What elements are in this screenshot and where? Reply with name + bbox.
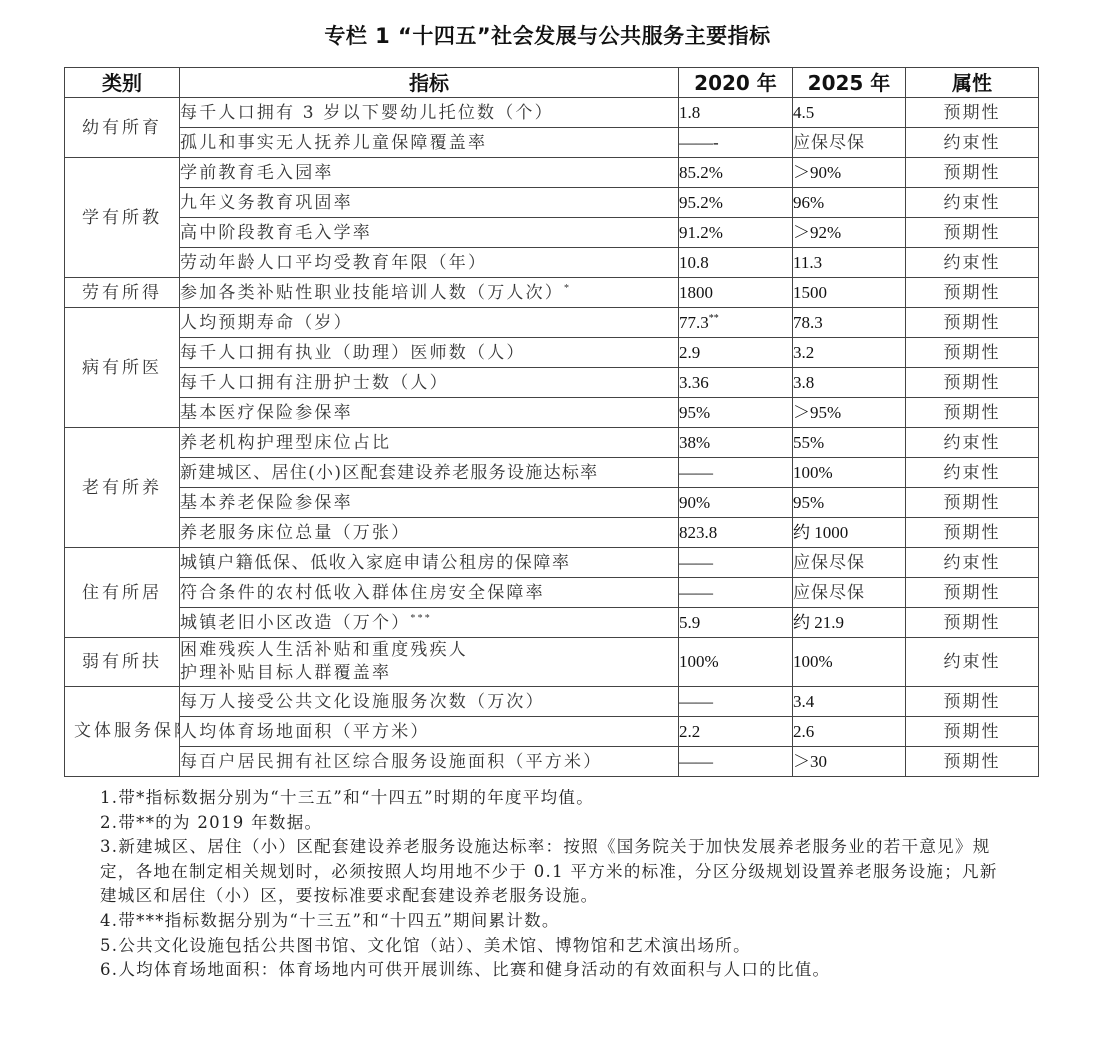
attribute-cell: 预期性 [906,158,1039,188]
value-2020-cell: —— [679,548,793,578]
attribute-cell: 预期性 [906,98,1039,128]
value-2025-cell: 100% [793,638,906,687]
indicators-table: 类别 指标 2020 年 2025 年 属性 幼有所育 每千人口拥有 3 岁以下… [64,67,1039,777]
category-cell: 劳有所得 [65,278,180,308]
attribute-cell: 预期性 [906,747,1039,777]
footnote-1: 1.带*指标数据分别为“十三五”和“十四五”时期的年度平均值。 [100,786,1010,811]
indicator-cell: 城镇户籍低保、低收入家庭申请公租房的保障率 [180,548,679,578]
attribute-cell: 预期性 [906,717,1039,747]
attribute-cell: 预期性 [906,278,1039,308]
indicator-line-2: 护理补贴目标人群覆盖率 [180,662,678,685]
indicator-cell: 学前教育毛入园率 [180,158,679,188]
value-2025-cell: 100% [793,458,906,488]
indicator-cell: 基本医疗保险参保率 [180,398,679,428]
attribute-cell: 预期性 [906,488,1039,518]
footnote-2: 2.带**的为 2019 年数据。 [100,811,1010,836]
footnote-mark: * [564,283,571,294]
attribute-cell: 约束性 [906,428,1039,458]
table-row: 每千人口拥有注册护士数（人） 3.36 3.8 预期性 [65,368,1039,398]
table-row: 基本医疗保险参保率 95% ＞95% 预期性 [65,398,1039,428]
indicator-cell: 每千人口拥有注册护士数（人） [180,368,679,398]
value-2025-cell: 78.3 [793,308,906,338]
table-row: 文体服务保障 每万人接受公共文化设施服务次数（万次） —— 3.4 预期性 [65,687,1039,717]
value-text: 77.3 [679,313,709,332]
value-2025-cell: ＞92% [793,218,906,248]
value-2020-cell: —— [679,747,793,777]
indicator-cell: 人均体育场地面积（平方米） [180,717,679,747]
attribute-cell: 预期性 [906,338,1039,368]
table-row: 每百户居民拥有社区综合服务设施面积（平方米） —— ＞30 预期性 [65,747,1039,777]
value-2025-cell: 3.2 [793,338,906,368]
value-2020-cell: —— [679,578,793,608]
attribute-cell: 约束性 [906,248,1039,278]
table-row: 劳动年龄人口平均受教育年限（年） 10.8 11.3 约束性 [65,248,1039,278]
table-row: 人均体育场地面积（平方米） 2.2 2.6 预期性 [65,717,1039,747]
value-2020-cell: 5.9 [679,608,793,638]
value-2020-cell: 90% [679,488,793,518]
value-2025-cell: 3.4 [793,687,906,717]
indicator-text: 参加各类补贴性职业技能培训人数（万人次） [180,283,564,303]
category-cell: 老有所养 [65,428,180,548]
table-row: 养老服务床位总量（万张） 823.8 约 1000 预期性 [65,518,1039,548]
value-2020-cell: 1800 [679,278,793,308]
value-2020-cell: 91.2% [679,218,793,248]
footnote-4: 4.带***指标数据分别为“十三五”和“十四五”期间累计数。 [100,909,1010,934]
value-2025-cell: ＞90% [793,158,906,188]
indicator-cell: 城镇老旧小区改造（万个）*** [180,608,679,638]
footnotes: 1.带*指标数据分别为“十三五”和“十四五”时期的年度平均值。 2.带**的为 … [100,786,1010,983]
table-row: 老有所养 养老机构护理型床位占比 38% 55% 约束性 [65,428,1039,458]
attribute-cell: 约束性 [906,458,1039,488]
header-2020: 2020 年 [679,68,793,98]
footnote-mark: ** [709,313,719,324]
value-2025-cell: 4.5 [793,98,906,128]
indicator-cell: 每百户居民拥有社区综合服务设施面积（平方米） [180,747,679,777]
category-cell: 文体服务保障 [65,687,180,777]
attribute-cell: 约束性 [906,188,1039,218]
value-2025-cell: 96% [793,188,906,218]
indicator-text: 城镇老旧小区改造（万个） [180,613,410,633]
attribute-cell: 预期性 [906,578,1039,608]
table-row: 基本养老保险参保率 90% 95% 预期性 [65,488,1039,518]
indicator-cell: 新建城区、居住(小)区配套建设养老服务设施达标率 [180,458,679,488]
indicator-cell: 困难残疾人生活补贴和重度残疾人 护理补贴目标人群覆盖率 [180,638,679,687]
table-row: 城镇老旧小区改造（万个）*** 5.9 约 21.9 预期性 [65,608,1039,638]
attribute-cell: 预期性 [906,308,1039,338]
value-2025-cell: 95% [793,488,906,518]
indicator-cell: 基本养老保险参保率 [180,488,679,518]
header-attribute: 属性 [906,68,1039,98]
value-2025-cell: 应保尽保 [793,578,906,608]
category-cell: 幼有所育 [65,98,180,158]
value-2025-cell: 2.6 [793,717,906,747]
value-2020-cell: 1.8 [679,98,793,128]
indicator-cell: 人均预期寿命（岁） [180,308,679,338]
table-row: 幼有所育 每千人口拥有 3 岁以下婴幼儿托位数（个） 1.8 4.5 预期性 [65,98,1039,128]
indicator-cell: 符合条件的农村低收入群体住房安全保障率 [180,578,679,608]
table-row: 住有所居 城镇户籍低保、低收入家庭申请公租房的保障率 —— 应保尽保 约束性 [65,548,1039,578]
footnote-3: 3.新建城区、居住（小）区配套建设养老服务设施达标率：按照《国务院关于加快发展养… [100,835,1010,909]
category-text: 文体服务保障 [74,717,170,746]
indicator-cell: 养老机构护理型床位占比 [180,428,679,458]
attribute-cell: 预期性 [906,218,1039,248]
table-row: 病有所医 人均预期寿命（岁） 77.3** 78.3 预期性 [65,308,1039,338]
category-cell: 住有所居 [65,548,180,638]
attribute-cell: 约束性 [906,128,1039,158]
value-2025-cell: 1500 [793,278,906,308]
value-2020-cell: 95% [679,398,793,428]
indicator-cell: 九年义务教育巩固率 [180,188,679,218]
value-2020-cell: 95.2% [679,188,793,218]
value-2020-cell: —— [679,458,793,488]
value-2025-cell: ＞30 [793,747,906,777]
attribute-cell: 预期性 [906,687,1039,717]
value-2020-cell: 2.9 [679,338,793,368]
value-2025-cell: ＞95% [793,398,906,428]
table-row: 新建城区、居住(小)区配套建设养老服务设施达标率 —— 100% 约束性 [65,458,1039,488]
value-2020-cell: 38% [679,428,793,458]
value-2020-cell: 10.8 [679,248,793,278]
value-2025-cell: 约 21.9 [793,608,906,638]
footnote-6: 6.人均体育场地面积：体育场地内可供开展训练、比赛和健身活动的有效面积与人口的比… [100,958,1010,983]
value-2020-cell: 3.36 [679,368,793,398]
value-2020-cell: 77.3** [679,308,793,338]
attribute-cell: 预期性 [906,518,1039,548]
value-2020-cell: 823.8 [679,518,793,548]
document-title: 专栏 1 “十四五”社会发展与公共服务主要指标 [0,20,1095,50]
table-row: 孤儿和事实无人抚养儿童保障覆盖率 ——- 应保尽保 约束性 [65,128,1039,158]
value-2025-cell: 3.8 [793,368,906,398]
value-2025-cell: 11.3 [793,248,906,278]
value-2025-cell: 约 1000 [793,518,906,548]
indicator-cell: 孤儿和事实无人抚养儿童保障覆盖率 [180,128,679,158]
header-indicator: 指标 [180,68,679,98]
value-2020-cell: 85.2% [679,158,793,188]
category-cell: 学有所教 [65,158,180,278]
value-2025-cell: 应保尽保 [793,548,906,578]
table-row: 劳有所得 参加各类补贴性职业技能培训人数（万人次）* 1800 1500 预期性 [65,278,1039,308]
value-2020-cell: 100% [679,638,793,687]
indicator-cell: 每千人口拥有执业（助理）医师数（人） [180,338,679,368]
footnote-5: 5.公共文化设施包括公共图书馆、文化馆（站）、美术馆、博物馆和艺术演出场所。 [100,934,1010,959]
attribute-cell: 预期性 [906,368,1039,398]
table-row: 九年义务教育巩固率 95.2% 96% 约束性 [65,188,1039,218]
header-category: 类别 [65,68,180,98]
table-row: 高中阶段教育毛入学率 91.2% ＞92% 预期性 [65,218,1039,248]
attribute-cell: 约束性 [906,638,1039,687]
indicator-cell: 参加各类补贴性职业技能培训人数（万人次）* [180,278,679,308]
indicator-cell: 高中阶段教育毛入学率 [180,218,679,248]
table-header-row: 类别 指标 2020 年 2025 年 属性 [65,68,1039,98]
table-row: 弱有所扶 困难残疾人生活补贴和重度残疾人 护理补贴目标人群覆盖率 100% 10… [65,638,1039,687]
attribute-cell: 预期性 [906,608,1039,638]
table-row: 学有所教 学前教育毛入园率 85.2% ＞90% 预期性 [65,158,1039,188]
table-row: 符合条件的农村低收入群体住房安全保障率 —— 应保尽保 预期性 [65,578,1039,608]
value-2020-cell: 2.2 [679,717,793,747]
category-cell: 弱有所扶 [65,638,180,687]
table-row: 每千人口拥有执业（助理）医师数（人） 2.9 3.2 预期性 [65,338,1039,368]
indicator-cell: 每万人接受公共文化设施服务次数（万次） [180,687,679,717]
attribute-cell: 约束性 [906,548,1039,578]
value-2025-cell: 55% [793,428,906,458]
indicator-cell: 每千人口拥有 3 岁以下婴幼儿托位数（个） [180,98,679,128]
value-2020-cell: —— [679,687,793,717]
value-2020-cell: ——- [679,128,793,158]
value-2025-cell: 应保尽保 [793,128,906,158]
attribute-cell: 预期性 [906,398,1039,428]
category-cell: 病有所医 [65,308,180,428]
header-2025: 2025 年 [793,68,906,98]
indicator-cell: 劳动年龄人口平均受教育年限（年） [180,248,679,278]
indicator-line-1: 困难残疾人生活补贴和重度残疾人 [180,639,678,662]
footnote-mark: *** [410,613,432,624]
indicator-cell: 养老服务床位总量（万张） [180,518,679,548]
